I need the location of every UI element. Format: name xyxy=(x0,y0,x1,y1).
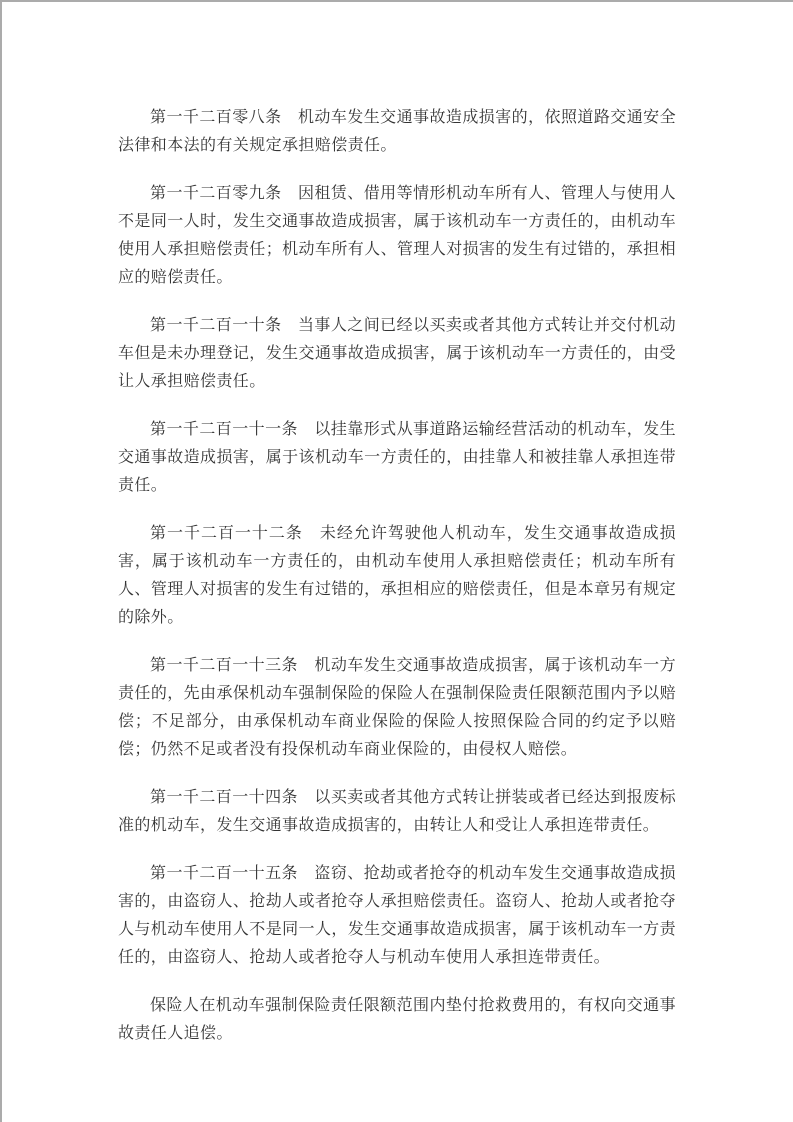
law-paragraph: 第一千二百一十四条 以买卖或者其他方式转让拼装或者已经达到报废标准的机动车，发生… xyxy=(118,784,676,840)
article-text: 保险人在机动车强制保险责任限额范围内垫付抢救费用的，有权向交通事故责任人追偿。 xyxy=(118,997,676,1042)
article-number: 第一千二百一十三条 xyxy=(150,657,298,674)
law-paragraph: 第一千二百零九条 因租赁、借用等情形机动车所有人、管理人与使用人不是同一人时，发… xyxy=(118,180,676,292)
article-number: 第一千二百零八条 xyxy=(150,109,282,126)
law-paragraph: 第一千二百一十一条 以挂靠形式从事道路运输经营活动的机动车，发生交通事故造成损害… xyxy=(118,416,676,500)
article-number: 第一千二百零九条 xyxy=(150,185,282,202)
law-paragraph: 第一千二百一十二条 未经允许驾驶他人机动车，发生交通事故造成损害，属于该机动车一… xyxy=(118,520,676,632)
law-paragraph: 第一千二百零八条 机动车发生交通事故造成损害的，依照道路交通安全法律和本法的有关… xyxy=(118,104,676,160)
document-body: 第一千二百零八条 机动车发生交通事故造成损害的，依照道路交通安全法律和本法的有关… xyxy=(118,2,676,1048)
law-paragraph: 第一千二百一十五条 盗窃、抢劫或者抢夺的机动车发生交通事故造成损害的，由盗窃人、… xyxy=(118,860,676,972)
article-number: 第一千二百一十五条 xyxy=(150,865,298,882)
document-page: 第一千二百零八条 机动车发生交通事故造成损害的，依照道路交通安全法律和本法的有关… xyxy=(0,0,793,1122)
article-number: 第一千二百一十二条 xyxy=(150,525,303,542)
article-number: 第一千二百一十条 xyxy=(150,317,282,334)
article-number: 第一千二百一十四条 xyxy=(150,789,298,806)
law-paragraph: 第一千二百一十条 当事人之间已经以买卖或者其他方式转让并交付机动车但是未办理登记… xyxy=(118,312,676,396)
article-number: 第一千二百一十一条 xyxy=(150,421,298,438)
law-paragraph: 第一千二百一十三条 机动车发生交通事故造成损害，属于该机动车一方责任的，先由承保… xyxy=(118,652,676,764)
law-paragraph: 保险人在机动车强制保险责任限额范围内垫付抢救费用的，有权向交通事故责任人追偿。 xyxy=(118,992,676,1048)
